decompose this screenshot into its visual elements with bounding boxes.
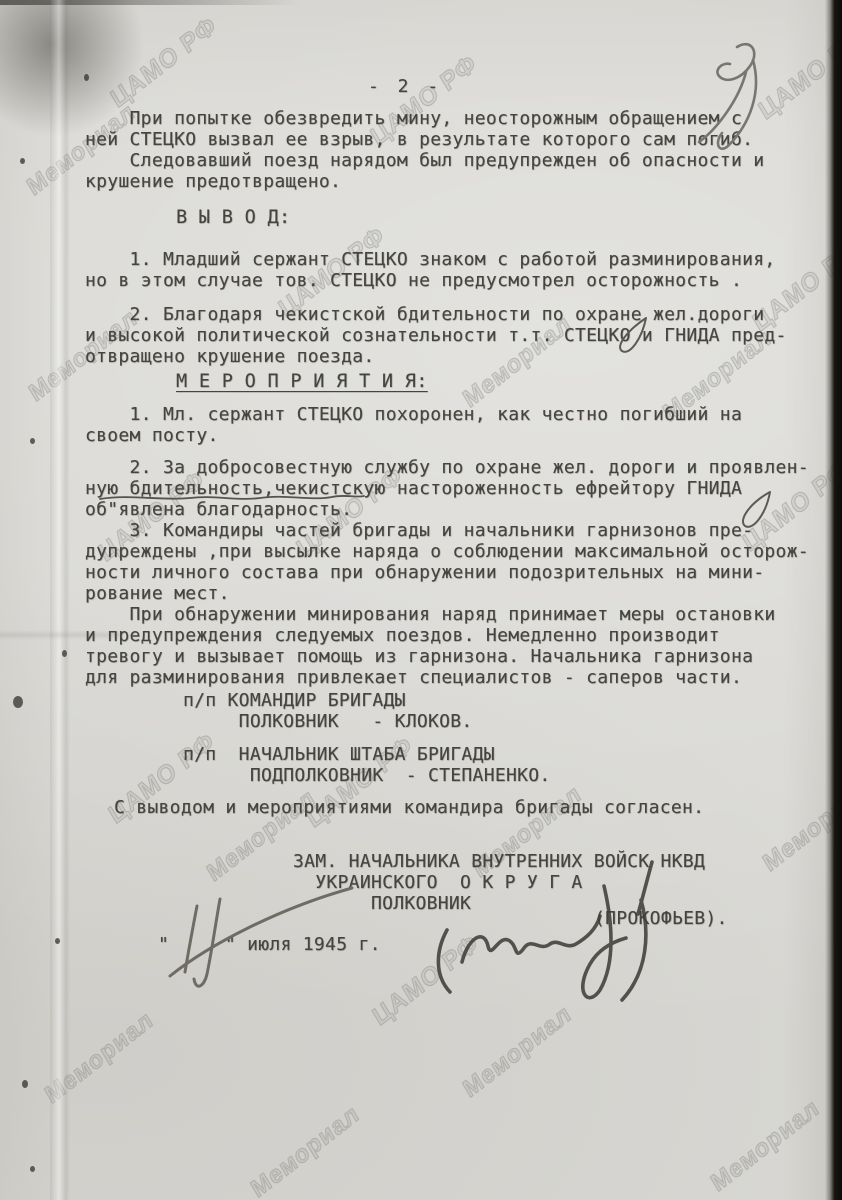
approver-title-block: ЗАМ. НАЧАЛЬНИКА ВНУТРЕННИХ ВОЙСК НКВД УК… [293,851,705,914]
watermark-memorial-icon: Мемориал [247,1100,365,1200]
staple-hole [30,438,35,444]
staple-hole [55,938,60,944]
staple-hole [22,1080,28,1088]
staple-hole [30,1166,35,1172]
measure-item-2: 2. За добросовестную службу по охране же… [85,457,809,520]
measure-item-1: 1. Мл. сержант СТЕЦКО похоронен, как чес… [85,404,742,446]
scan-right-edge [825,0,842,1200]
paper-fold-crease [50,0,70,1200]
signature-block-commander: п/п КОМАНДИР БРИГАДЫ ПОЛКОВНИК - КЛОКОВ. [183,690,473,732]
approver-name: (ПРОКОФЬЕВ). [594,908,728,929]
measure-item-3: 3. Командиры частей бригады и начальники… [85,520,809,688]
signature-block-chief-of-staff: п/п НАЧАЛЬНИК ШТАБА БРИГАДЫ ПОДПОЛКОВНИК… [183,744,551,786]
conclusion-item-1: 1. Младший сержант СТЕЦКО знаком с работ… [85,249,776,291]
scanned-document-page: ЦАМО РФ ЦАМО РФ ЦАМО РФ Мемориал ЦАМО РФ… [0,0,842,1200]
staple-hole [84,74,89,81]
page-number: - 2 - [368,76,442,97]
date-line: " " июля 1945 г. [158,934,381,955]
staple-hole [62,650,67,657]
agreement-line: С выводом и мероприятиями командира бриг… [114,797,704,818]
conclusion-item-2: 2. Благодаря чекистской бдительности по … [85,304,787,367]
watermark-memorial-icon: Мемориал [459,1000,577,1105]
punch-hole [13,696,23,708]
scan-top-shadow [0,0,300,5]
heading-measures: М Е Р О П Р И Я Т И Я: [176,371,428,392]
paragraph-intro: При попытке обезвредить мину, неосторожн… [85,108,764,192]
watermark-memorial-icon: Мемориал [707,1094,825,1199]
staple-hole [20,158,25,164]
heading-conclusion: В Ы В О Д: [176,207,290,228]
watermark-tsamo-icon: ЦАМО РФ [368,929,484,1033]
